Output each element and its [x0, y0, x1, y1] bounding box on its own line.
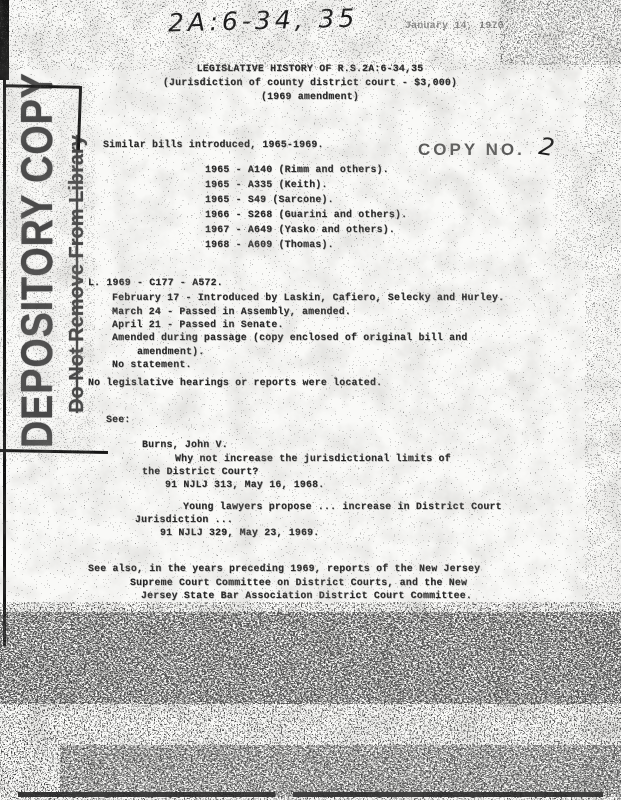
see-also-line: See also, in the years preceding 1969, r… [88, 563, 480, 574]
article-line: Jurisdiction ... [135, 514, 233, 525]
article-citation: 91 NJLJ 329, May 23, 1969. [160, 527, 319, 538]
title-line-3: (1969 amendment) [10, 90, 610, 104]
similar-bills-heading: Similar bills introduced, 1965-1969. [103, 139, 324, 150]
article-line: Why not increase the jurisdictional limi… [175, 453, 451, 464]
article-citation: 91 NJLJ 313, May 16, 1968. [165, 479, 324, 490]
law-event-line: No statement. [112, 359, 192, 370]
copy-number-stamp: COPY NO. 2 [418, 133, 555, 161]
depository-stamp-subtitle: Do Not Remove From Library [66, 98, 94, 450]
scanned-document-page: DEPOSITORY COPY Do Not Remove From Libra… [0, 0, 621, 800]
copy-number-value: 2 [537, 132, 556, 162]
document-title: LEGISLATIVE HISTORY OF R.S.2A:6-34,35 (J… [10, 62, 610, 104]
handwritten-citation: 2A:6-34, 35 [168, 4, 359, 38]
bill-list-item: 1968 - A609 (Thomas). [205, 239, 334, 250]
copy-number-label: COPY NO. [418, 140, 525, 159]
bill-list-item: 1965 - S49 (Sarcone). [205, 194, 334, 205]
law-event-line: amendment). [137, 346, 204, 357]
scan-bottom-edge-line [18, 792, 603, 797]
article-line: the District Court? [142, 466, 258, 477]
see-heading: See: [106, 414, 131, 425]
law-event-line: April 21 - Passed in Senate. [112, 319, 284, 330]
depository-stamp-title: DEPOSITORY COPY [12, 124, 68, 448]
law-event-line: March 24 - Passed in Assembly, amended. [112, 306, 351, 317]
page-edge-line [3, 8, 6, 646]
bill-list-item: 1967 - A649 (Yasko and others). [205, 224, 395, 235]
title-line-1: LEGISLATIVE HISTORY OF R.S.2A:6-34,35 [10, 62, 610, 76]
bill-list-item: 1966 - S268 (Guarini and others). [205, 209, 407, 220]
bill-list-item: 1965 - A140 (Rimm and others). [205, 164, 389, 175]
bill-list-item: 1965 - A335 (Keith). [205, 179, 328, 190]
title-line-2: (Jurisdiction of county district court -… [10, 76, 610, 90]
hearings-note: No legislative hearings or reports were … [88, 377, 382, 388]
law-event-line: February 17 - Introduced by Laskin, Cafi… [112, 292, 504, 303]
law-event-line: Amended during passage (copy enclosed of… [112, 332, 468, 343]
author-name: Burns, John V. [142, 439, 228, 450]
article-line: Young lawyers propose ... increase in Di… [183, 501, 502, 512]
see-also-line: Jersey State Bar Association District Co… [141, 590, 472, 601]
document-date: January 14, 1970 [405, 20, 504, 31]
see-also-line: Supreme Court Committee on District Cour… [130, 577, 467, 588]
law-heading: L. 1969 - C177 - A572. [88, 277, 223, 288]
